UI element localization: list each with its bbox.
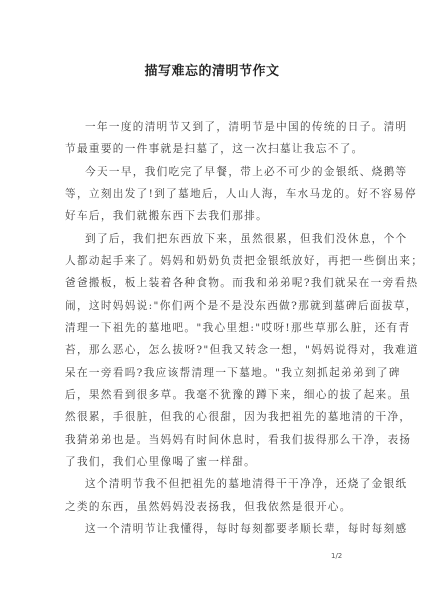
- text-line: 然很累，手很脏，但我的心很甜，因为我把祖先的墓地清的干净，: [65, 406, 361, 428]
- document-page: 描写难忘的清明节作文 一年一度的清明节又到了，清明节是中国的传统的日子。清明 节…: [0, 0, 424, 600]
- text-line: 后，果然看到很多草。我毫不犹豫的蹲下来，细心的拔了起来。虽: [65, 384, 361, 406]
- text-line: 今天一早，我们吃完了早餐，带上必不可少的金银纸、烧鹅等: [65, 161, 361, 183]
- text-line: 到了后，我们把东西放下来，虽然很累，但我们没休息，个个: [65, 228, 361, 250]
- document-body: 一年一度的清明节又到了，清明节是中国的传统的日子。清明 节最重要的一件事就是扫墓…: [65, 116, 361, 540]
- text-line: 这个清明节我不但把祖先的墓地清得干干净净，还烧了金银纸: [65, 473, 361, 495]
- text-line: 了我们，我们心里像喝了蜜一样甜。: [65, 451, 361, 473]
- page-number: 1/2: [331, 552, 342, 560]
- text-line: 闹，这时妈妈说:"你们两个是不是没东西做?那就到墓碑后面拔草，: [65, 295, 361, 317]
- text-line: 之类的东西，虽然妈妈没表扬我，但我依然是很开心。: [65, 496, 361, 518]
- text-line: 等，立刻出发了!到了墓地后，人山人海，车水马龙的。好不容易停: [65, 183, 361, 205]
- text-line: 爸爸搬板，板上装着各种食物。而我和弟弟呢?我们就呆在一旁看热: [65, 272, 361, 294]
- text-line: 清理一下祖先的墓地吧。"我心里想:"哎呀!那些草那么脏，还有青: [65, 317, 361, 339]
- text-line: 呆在一旁看吗?我应该帮清理一下墓地。"我立刻抓起弟弟到了碑: [65, 362, 361, 384]
- text-line: 一年一度的清明节又到了，清明节是中国的传统的日子。清明: [65, 116, 361, 138]
- text-line: 这一个清明节让我懂得，每时每刻都要孝顺长辈，每时每刻感: [65, 518, 361, 540]
- text-line: 节最重要的一件事就是扫墓了，这一次扫墓让我忘不了。: [65, 138, 361, 160]
- text-line: 我猜弟弟也是。当妈妈有时间休息时，看我们拔得那么干净，表扬: [65, 429, 361, 451]
- text-line: 好车后，我们就搬东西下去我们那排。: [65, 205, 361, 227]
- document-title: 描写难忘的清明节作文: [0, 60, 424, 79]
- text-line: 苔，那么恶心，怎么拔呀?"但我又转念一想，"妈妈说得对，我难道: [65, 339, 361, 361]
- text-line: 人都动起手来了。妈妈和奶奶负责把金银纸放好，再把一些倒出来；: [65, 250, 361, 272]
